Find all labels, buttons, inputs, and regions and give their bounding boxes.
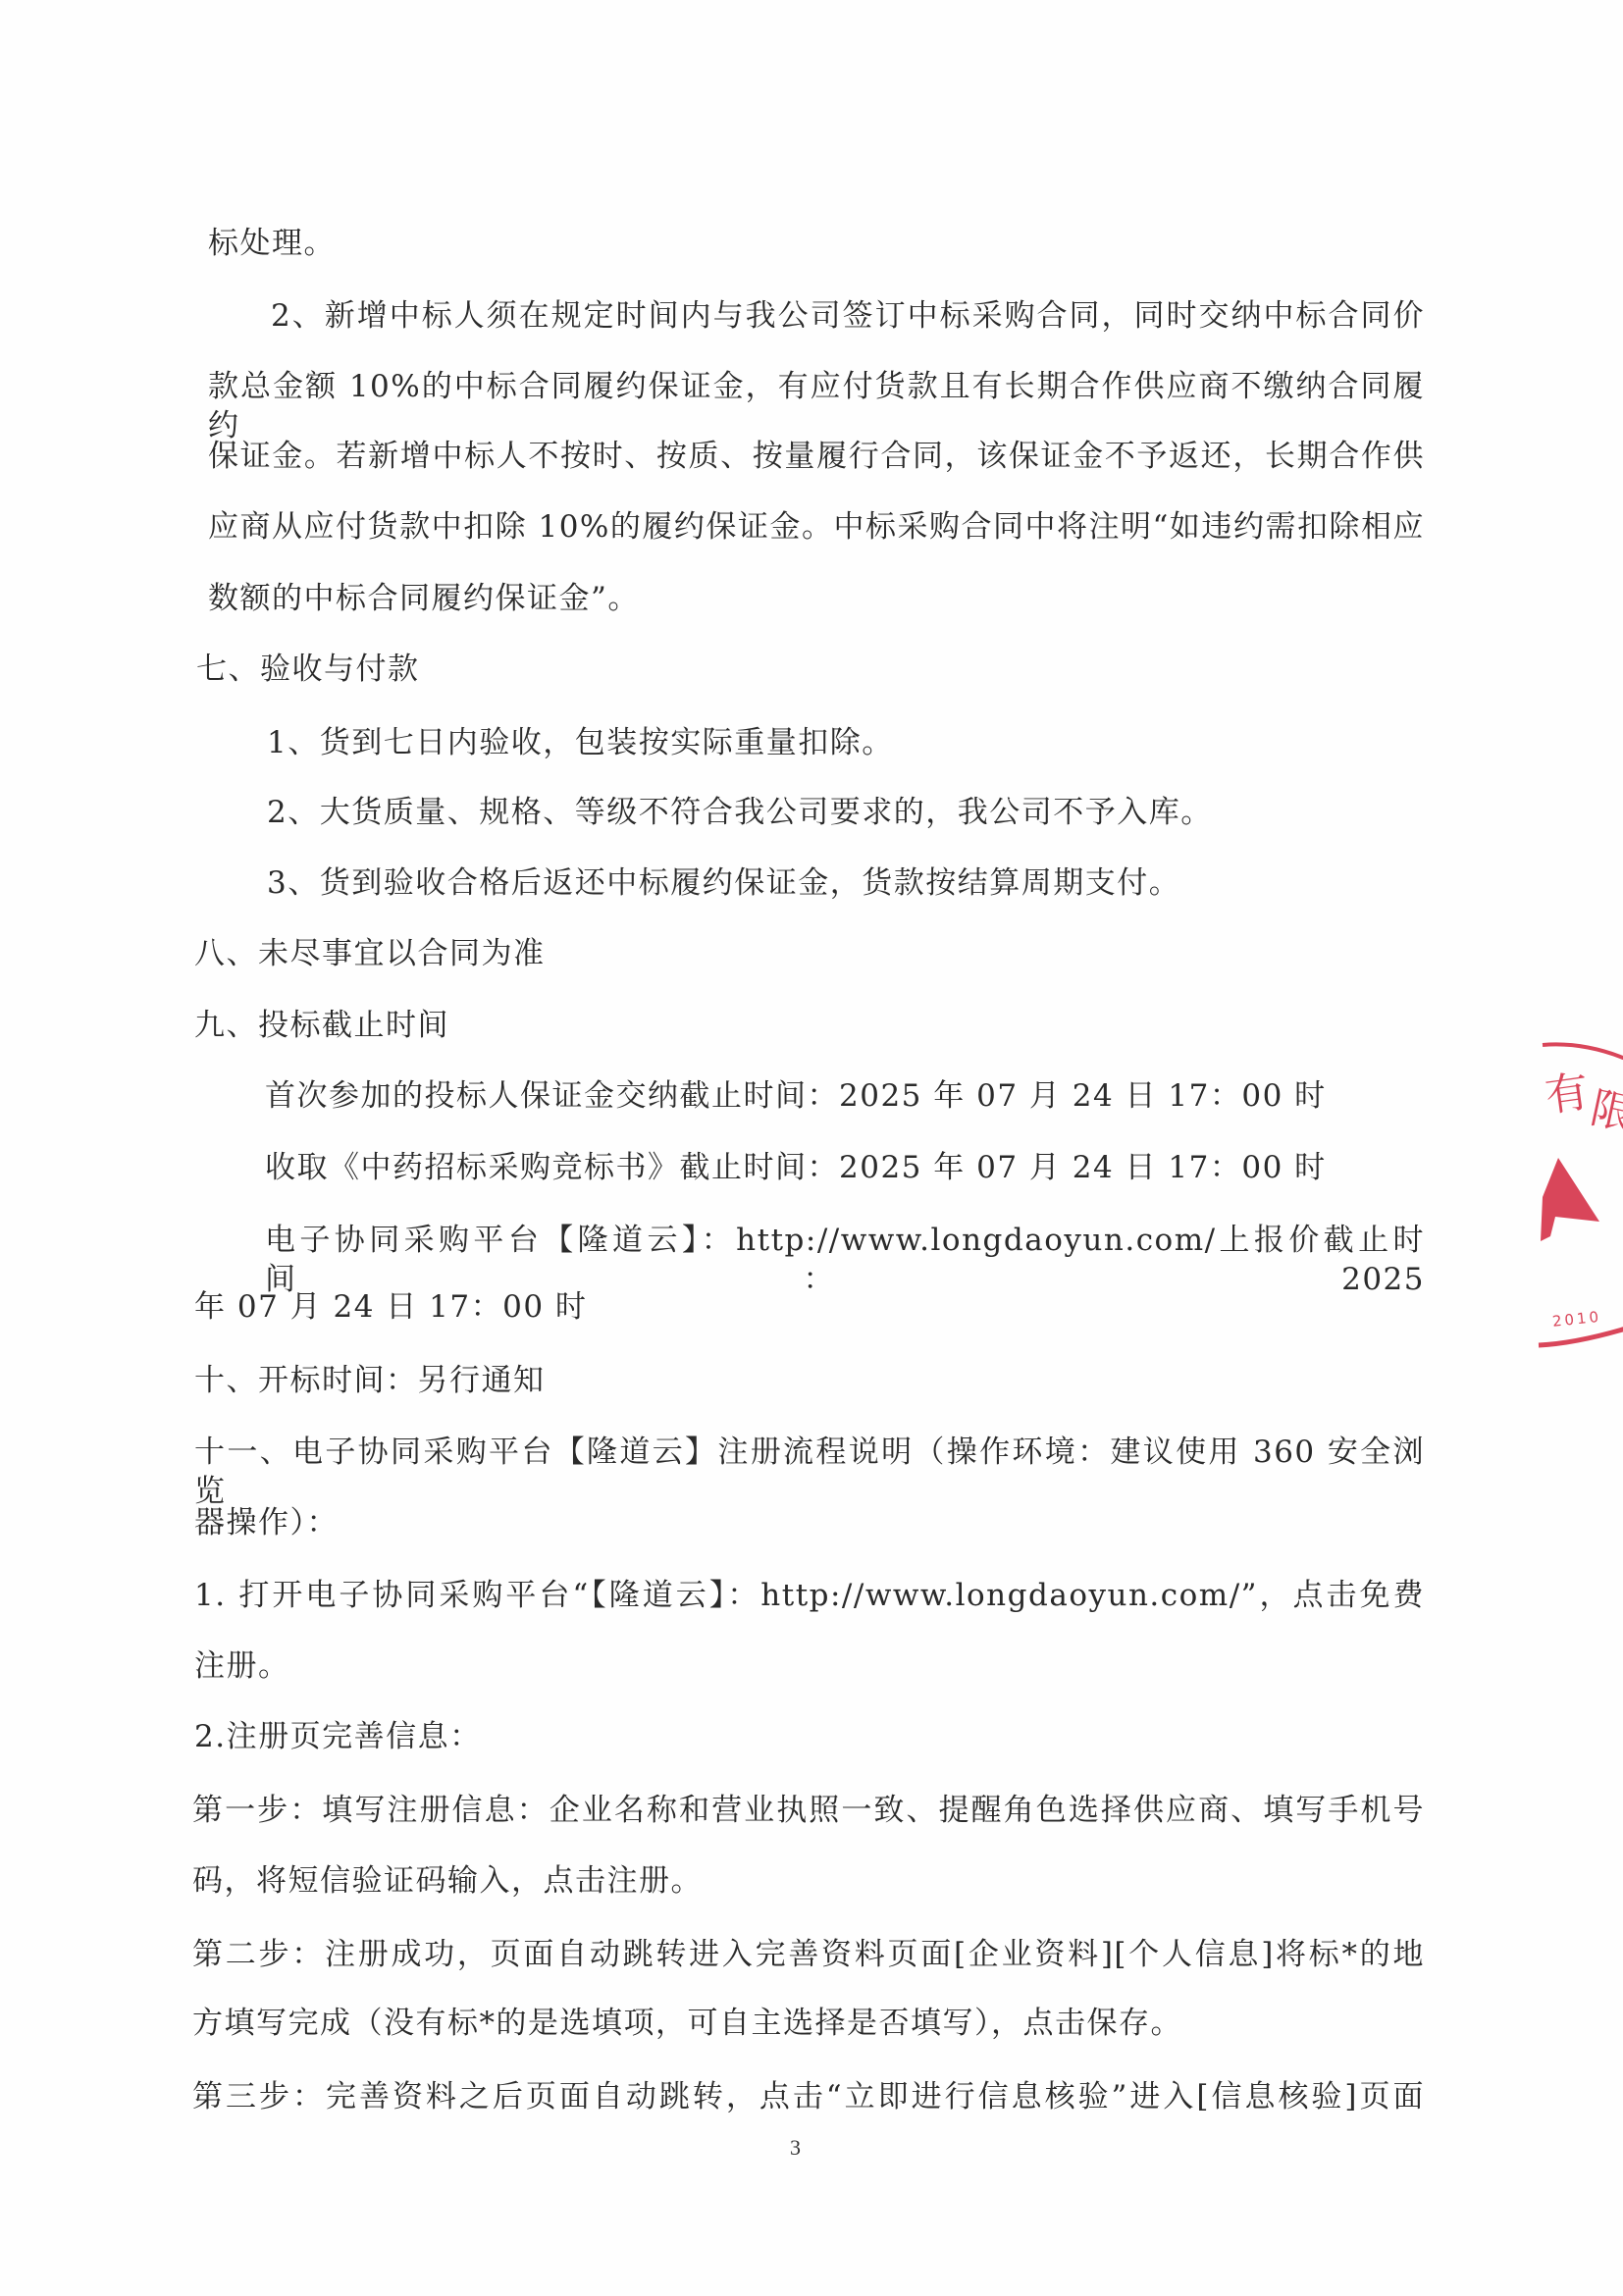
document-text-line: 方填写完成（没有标*的是选填项，可自主选择是否填写），点击保存。 <box>192 2004 1182 2043</box>
seal-icon: 有 限 2010 <box>1531 1035 1623 1359</box>
document-text-line: 注册。 <box>194 1646 290 1686</box>
document-text-line: 2、新增中标人须在规定时间内与我公司签订中标采购合同，同时交纳中标合同价 <box>271 296 1425 336</box>
document-text-line: 保证金。若新增中标人不按时、按质、按量履行合同，该保证金不予返还，长期合作供 <box>208 437 1425 476</box>
document-text-line: 1. 打开电子协同采购平台“【隆道云】：http://www.longdaoyu… <box>194 1576 1425 1615</box>
document-text-line: 十一、电子协同采购平台【隆道云】注册流程说明（操作环境：建议使用 360 安全浏… <box>194 1433 1425 1511</box>
document-text-line: 器操作）： <box>194 1503 339 1542</box>
document-text-line: 款总金额 10%的中标合同履约保证金，有应付货款且有长期合作供应商不缴纳合同履约 <box>208 367 1425 445</box>
document-text-line: 首次参加的投标人保证金交纳截止时间：2025 年 07 月 24 日 17：00… <box>265 1076 1327 1116</box>
document-text-line: 应商从应付货款中扣除 10%的履约保证金。中标采购合同中将注明“如违约需扣除相应 <box>208 507 1425 547</box>
document-text-line: 2、大货质量、规格、等级不符合我公司要求的，我公司不予入库。 <box>267 793 1213 832</box>
document-text-line: 2.注册页完善信息： <box>194 1717 482 1756</box>
svg-text:限: 限 <box>1587 1083 1623 1141</box>
company-seal-stamp: 有 限 2010 <box>1531 1035 1623 1359</box>
document-text-line: 年 07 月 24 日 17：00 时 <box>194 1287 587 1327</box>
document-text-line: 八、未尽事宜以合同为准 <box>194 934 546 973</box>
svg-text:2010: 2010 <box>1551 1308 1602 1331</box>
document-text-line: 收取《中药招标采购竞标书》截止时间：2025 年 07 月 24 日 17：00… <box>265 1148 1327 1187</box>
document-text-line: 第三步：完善资料之后页面自动跳转，点击“立即进行信息核验”进入[信息核验]页面 <box>192 2077 1425 2116</box>
document-text-line: 第二步：注册成功，页面自动跳转进入完善资料页面[企业资料][个人信息]将标*的地 <box>192 1935 1425 1974</box>
document-text-line: 七、验收与付款 <box>196 650 420 689</box>
document-text-line: 数额的中标合同履约保证金”。 <box>208 579 640 618</box>
svg-text:有: 有 <box>1543 1067 1593 1122</box>
document-text-line: 3、货到验收合格后返还中标履约保证金，货款按结算周期支付。 <box>267 863 1180 903</box>
document-text-line: 码，将短信验证码输入，点击注册。 <box>192 1861 703 1901</box>
document-text-line: 1、货到七日内验收，包装按实际重量扣除。 <box>267 723 894 762</box>
document-text-line: 十、开标时间：另行通知 <box>194 1361 546 1400</box>
document-page: 标处理。2、新增中标人须在规定时间内与我公司签订中标采购合同，同时交纳中标合同价… <box>0 0 1623 2296</box>
document-text-line: 九、投标截止时间 <box>194 1006 449 1045</box>
page-number: 3 <box>790 2135 801 2161</box>
document-text-line: 第一步：填写注册信息：企业名称和营业执照一致、提醒角色选择供应商、填写手机号 <box>192 1791 1425 1830</box>
document-text-line: 标处理。 <box>208 224 336 263</box>
